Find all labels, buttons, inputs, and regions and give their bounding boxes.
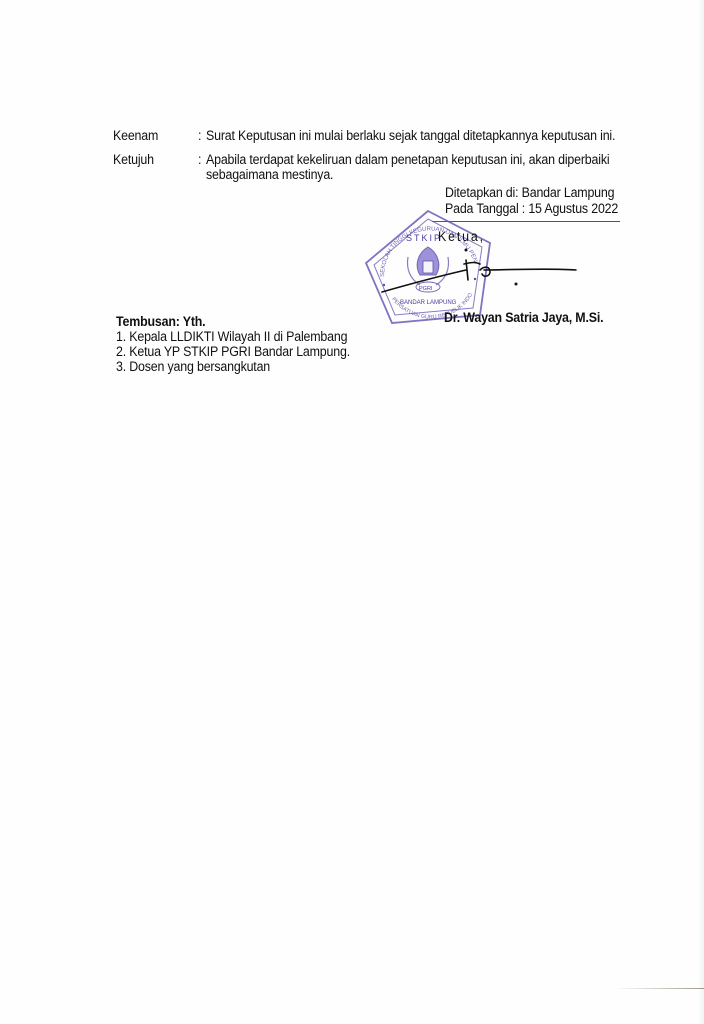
scan-artifact-line [615, 988, 704, 989]
decision-separator: : [198, 151, 201, 168]
decision-label-keenam: Keenam [113, 127, 158, 144]
decision-text-ketujuh-line2: sebagaimana mestinya. [206, 166, 333, 183]
decision-text-keenam: Surat Keputusan ini mulai berlaku sejak … [206, 127, 615, 144]
decision-label-ketujuh: Ketujuh [113, 151, 154, 168]
decision-separator: : [198, 127, 201, 144]
copies-item: 3. Dosen yang bersangkutan [116, 358, 270, 375]
signature-place: Ditetapkan di: Bandar Lampung [445, 184, 614, 201]
document-page: Keenam : Surat Keputusan ini mulai berla… [0, 0, 704, 1024]
signatory-name: Dr. Wayan Satria Jaya, M.Si. [444, 309, 603, 326]
scan-edge [698, 0, 704, 1024]
handwritten-signature-icon [380, 240, 580, 310]
